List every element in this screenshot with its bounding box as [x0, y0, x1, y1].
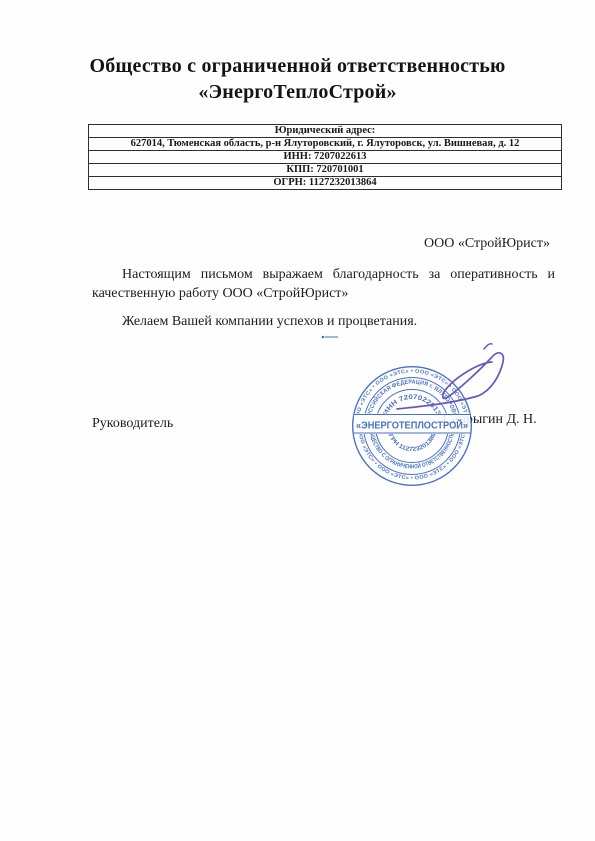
scanned-letter-page: Общество с ограниченной ответственностью…: [0, 0, 595, 841]
gratitude-paragraph: Настоящим письмом выражаем благодарность…: [92, 266, 555, 303]
company-details-table: Юридический адрес: 627014, Тюменская обл…: [88, 124, 562, 190]
recipient-line: ООО «СтройЮрист»: [424, 236, 550, 252]
table-row: Юридический адрес:: [89, 125, 562, 138]
signature-stroke-main: [397, 353, 503, 409]
inn-value: ИНН: 7207022613: [89, 151, 562, 164]
letterhead-org-type: Общество с ограниченной ответственностью: [0, 53, 595, 79]
signature-stroke-tick: [484, 344, 492, 349]
wishes-paragraph: Желаем Вашей компании успехов и процвета…: [92, 313, 555, 332]
ogrn-value: ОГРН: 1127232013864: [89, 177, 562, 190]
table-row: ОГРН: 1127232013864: [89, 177, 562, 190]
letterhead-org-name: «ЭнергоТеплоСтрой»: [0, 79, 595, 105]
legal-address-value: 627014, Тюменская область, р-н Ялуторовс…: [89, 138, 562, 151]
ink-dash-artifact: [321, 335, 339, 339]
signer-title-label: Руководитель: [92, 416, 173, 432]
table-row: 627014, Тюменская область, р-н Ялуторовс…: [89, 138, 562, 151]
table-row: ИНН: 7207022613: [89, 151, 562, 164]
director-signature: [380, 335, 530, 440]
legal-address-header: Юридический адрес:: [89, 125, 562, 138]
table-row: КПП: 720701001: [89, 164, 562, 177]
letterhead: Общество с ограниченной ответственностью…: [0, 53, 595, 105]
kpp-value: КПП: 720701001: [89, 164, 562, 177]
ink-dot: [322, 336, 325, 339]
